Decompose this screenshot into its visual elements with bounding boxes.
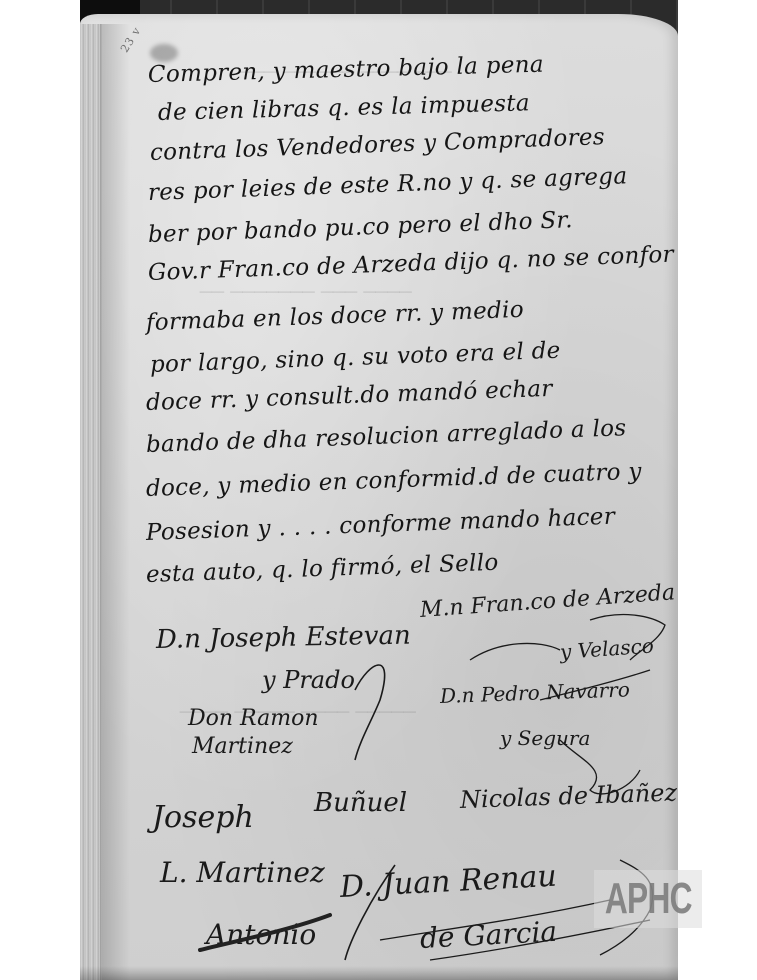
document-scan: 23 v ─── ──── ────── ─── ──── ─── ──────… — [0, 0, 757, 980]
manuscript-line: Posesion y . . . . conforme mando hacer — [146, 504, 616, 546]
signature-name: Martinez — [192, 734, 293, 759]
manuscript-line: res por leies de este R.no y q. se agreg… — [148, 163, 628, 206]
signature-estevan-line2: y Prado — [262, 666, 355, 694]
signature-name: y Segura — [500, 726, 590, 750]
signature-name: Antonio — [206, 918, 316, 951]
manuscript-body: Compren, y maestro bajo la pena de cien … — [0, 0, 757, 980]
signature-bunuel: Buñuel — [314, 788, 407, 818]
manuscript-line: ber por bando pu.co pero el dho Sr. — [148, 207, 574, 248]
manuscript-line: de cien libras q. es la impuesta — [158, 90, 531, 126]
manuscript-line: doce, y medio en conformid.d de cuatro y — [146, 459, 643, 502]
signature-name: D.n Joseph Estevan — [156, 621, 411, 655]
manuscript-line: formaba en los doce rr. y medio — [146, 297, 525, 336]
signature-ramon: Don Ramon — [188, 706, 319, 731]
signature-martinez: L. Martinez — [160, 856, 325, 889]
manuscript-line: Compren, y maestro bajo la pena — [148, 52, 544, 88]
signature-estevan: D.n Joseph Estevan — [156, 621, 411, 655]
manuscript-line: esta auto, q. lo firmó, el Sello — [146, 550, 499, 588]
archive-watermark: APHC — [594, 870, 702, 928]
signature-antonio: Antonio — [206, 918, 316, 951]
manuscript-line: contra los Vendedores y Compradores — [150, 124, 606, 166]
signature-name: y Prado — [262, 666, 355, 694]
watermark-text: APHC — [605, 877, 692, 921]
signature-navarro-line2: y Segura — [500, 726, 590, 750]
signature-name: Joseph — [152, 800, 254, 835]
manuscript-line: bando de dha resolucion arreglado a los — [146, 415, 627, 458]
manuscript-line: por largo, sino q. su voto era el de — [150, 338, 561, 378]
signature-joseph: Joseph — [152, 800, 254, 835]
signature-ramon-line2: Martinez — [192, 734, 293, 759]
manuscript-line: Gov.r Fran.co de Arzeda dijo q. no se co… — [148, 242, 675, 286]
signature-name: Don Ramon — [188, 706, 319, 731]
signature-name: Buñuel — [314, 788, 407, 818]
manuscript-line: doce rr. y consult.do mandó echar — [146, 376, 554, 416]
signature-name: L. Martinez — [160, 856, 325, 889]
